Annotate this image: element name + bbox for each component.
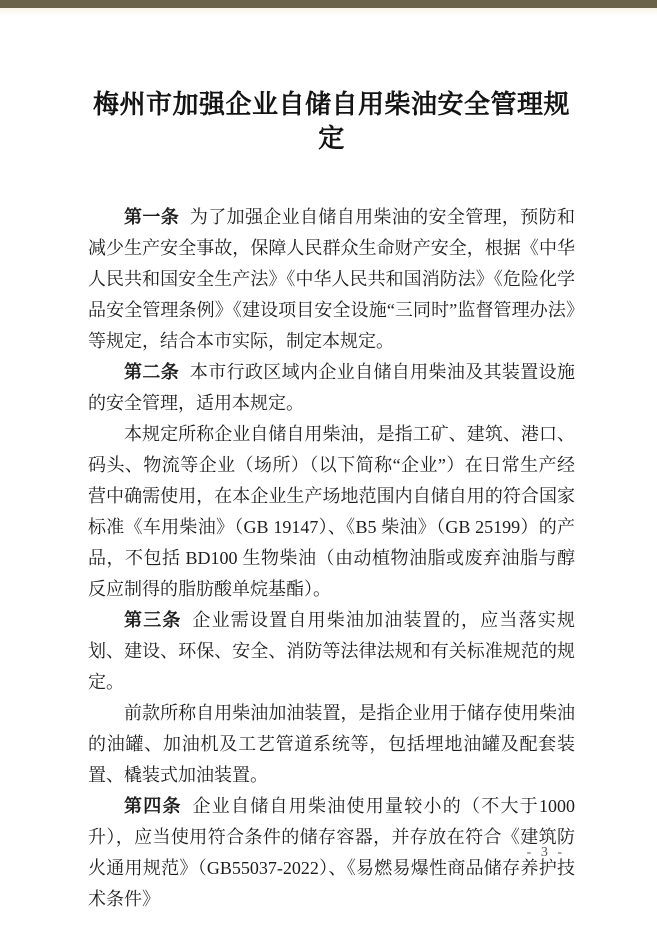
document-content: 梅州市加强企业自储自用柴油安全管理规定 第一条为了加强企业自储自用柴油的安全管理… (0, 88, 657, 915)
article-number: 第四条 (124, 796, 182, 816)
article-number: 第三条 (124, 610, 182, 630)
paragraph-article-3-clause-2: 前款所称自用柴油加油装置，是指企业用于储存使用柴油的油罐、加油机及工艺管道系统等… (88, 698, 575, 791)
paragraph-text: 前款所称自用柴油加油装置，是指企业用于储存使用柴油的油罐、加油机及工艺管道系统等… (88, 703, 575, 785)
scanned-document-page: { "page": { "top_band_color": "#6b6349",… (0, 0, 657, 930)
paragraph-article-1: 第一条为了加强企业自储自用柴油的安全管理，预防和减少生产安全事故，保障人民群众生… (88, 202, 575, 357)
paragraph-article-4: 第四条企业自储自用柴油使用量较小的（不大于1000 升），应当使用符合条件的储存… (88, 791, 575, 915)
scan-top-edge-band (0, 0, 657, 8)
article-number: 第二条 (124, 362, 179, 382)
paragraph-article-2-clause-2: 本规定所称企业自储自用柴油，是指工矿、建筑、港口、码头、物流等企业（场所）（以下… (88, 419, 575, 605)
scan-top-edge-fade (0, 8, 657, 16)
page-number: - 3 - (527, 845, 565, 861)
document-body: 第一条为了加强企业自储自用柴油的安全管理，预防和减少生产安全事故，保障人民群众生… (88, 202, 575, 915)
paragraph-article-3: 第三条企业需设置自用柴油加油装置的，应当落实规划、建设、环保、安全、消防等法律法… (88, 605, 575, 698)
article-number: 第一条 (124, 207, 179, 227)
document-title: 梅州市加强企业自储自用柴油安全管理规定 (88, 88, 575, 156)
paragraph-text: 本规定所称企业自储自用柴油，是指工矿、建筑、港口、码头、物流等企业（场所）（以下… (88, 424, 575, 599)
paragraph-text: 为了加强企业自储自用柴油的安全管理，预防和减少生产安全事故，保障人民群众生命财产… (88, 207, 575, 351)
paragraph-article-2: 第二条本市行政区域内企业自储自用柴油及其装置设施的安全管理，适用本规定。 (88, 357, 575, 419)
